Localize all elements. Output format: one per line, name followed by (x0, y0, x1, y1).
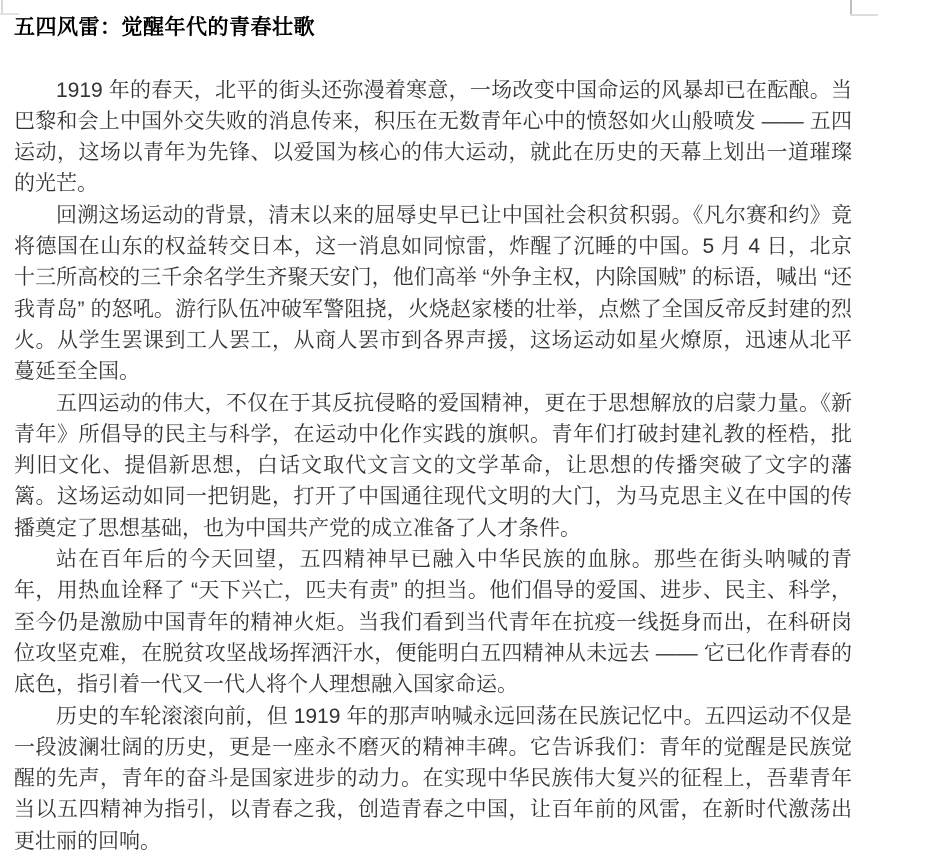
document-title[interactable]: 五四风雷：觉醒年代的青春壮歌 (14, 12, 852, 43)
document-text-area[interactable]: 五四风雷：觉醒年代的青春壮歌 1919 年的春天，北平的街头还弥漫着寒意，一场改… (14, 12, 852, 857)
document-page: 五四风雷：觉醒年代的青春壮歌 1919 年的春天，北平的街头还弥漫着寒意，一场改… (0, 0, 949, 863)
paragraph-4[interactable]: 站在百年后的今天回望，五四精神早已融入中华民族的血脉。那些在街头呐喊的青年，用热… (14, 544, 852, 700)
paragraph-5[interactable]: 历史的车轮滚滚向前，但 1919 年的那声呐喊永远回荡在民族记忆中。五四运动不仅… (14, 701, 852, 857)
margin-crop-mark-top-right-horizontal (850, 14, 878, 16)
paragraph-3[interactable]: 五四运动的伟大，不仅在于其反抗侵略的爱国精神，更在于思想解放的启蒙力量。《新青年… (14, 388, 852, 544)
margin-crop-mark-top-left-vertical (1, 0, 3, 14)
paragraph-2[interactable]: 回溯这场运动的背景，清末以来的屈辱史早已让中国社会积贫积弱。《凡尔赛和约》竟将德… (14, 200, 852, 388)
paragraph-1[interactable]: 1919 年的春天，北平的街头还弥漫着寒意，一场改变中国命运的风暴却已在酝酿。当… (14, 75, 852, 200)
